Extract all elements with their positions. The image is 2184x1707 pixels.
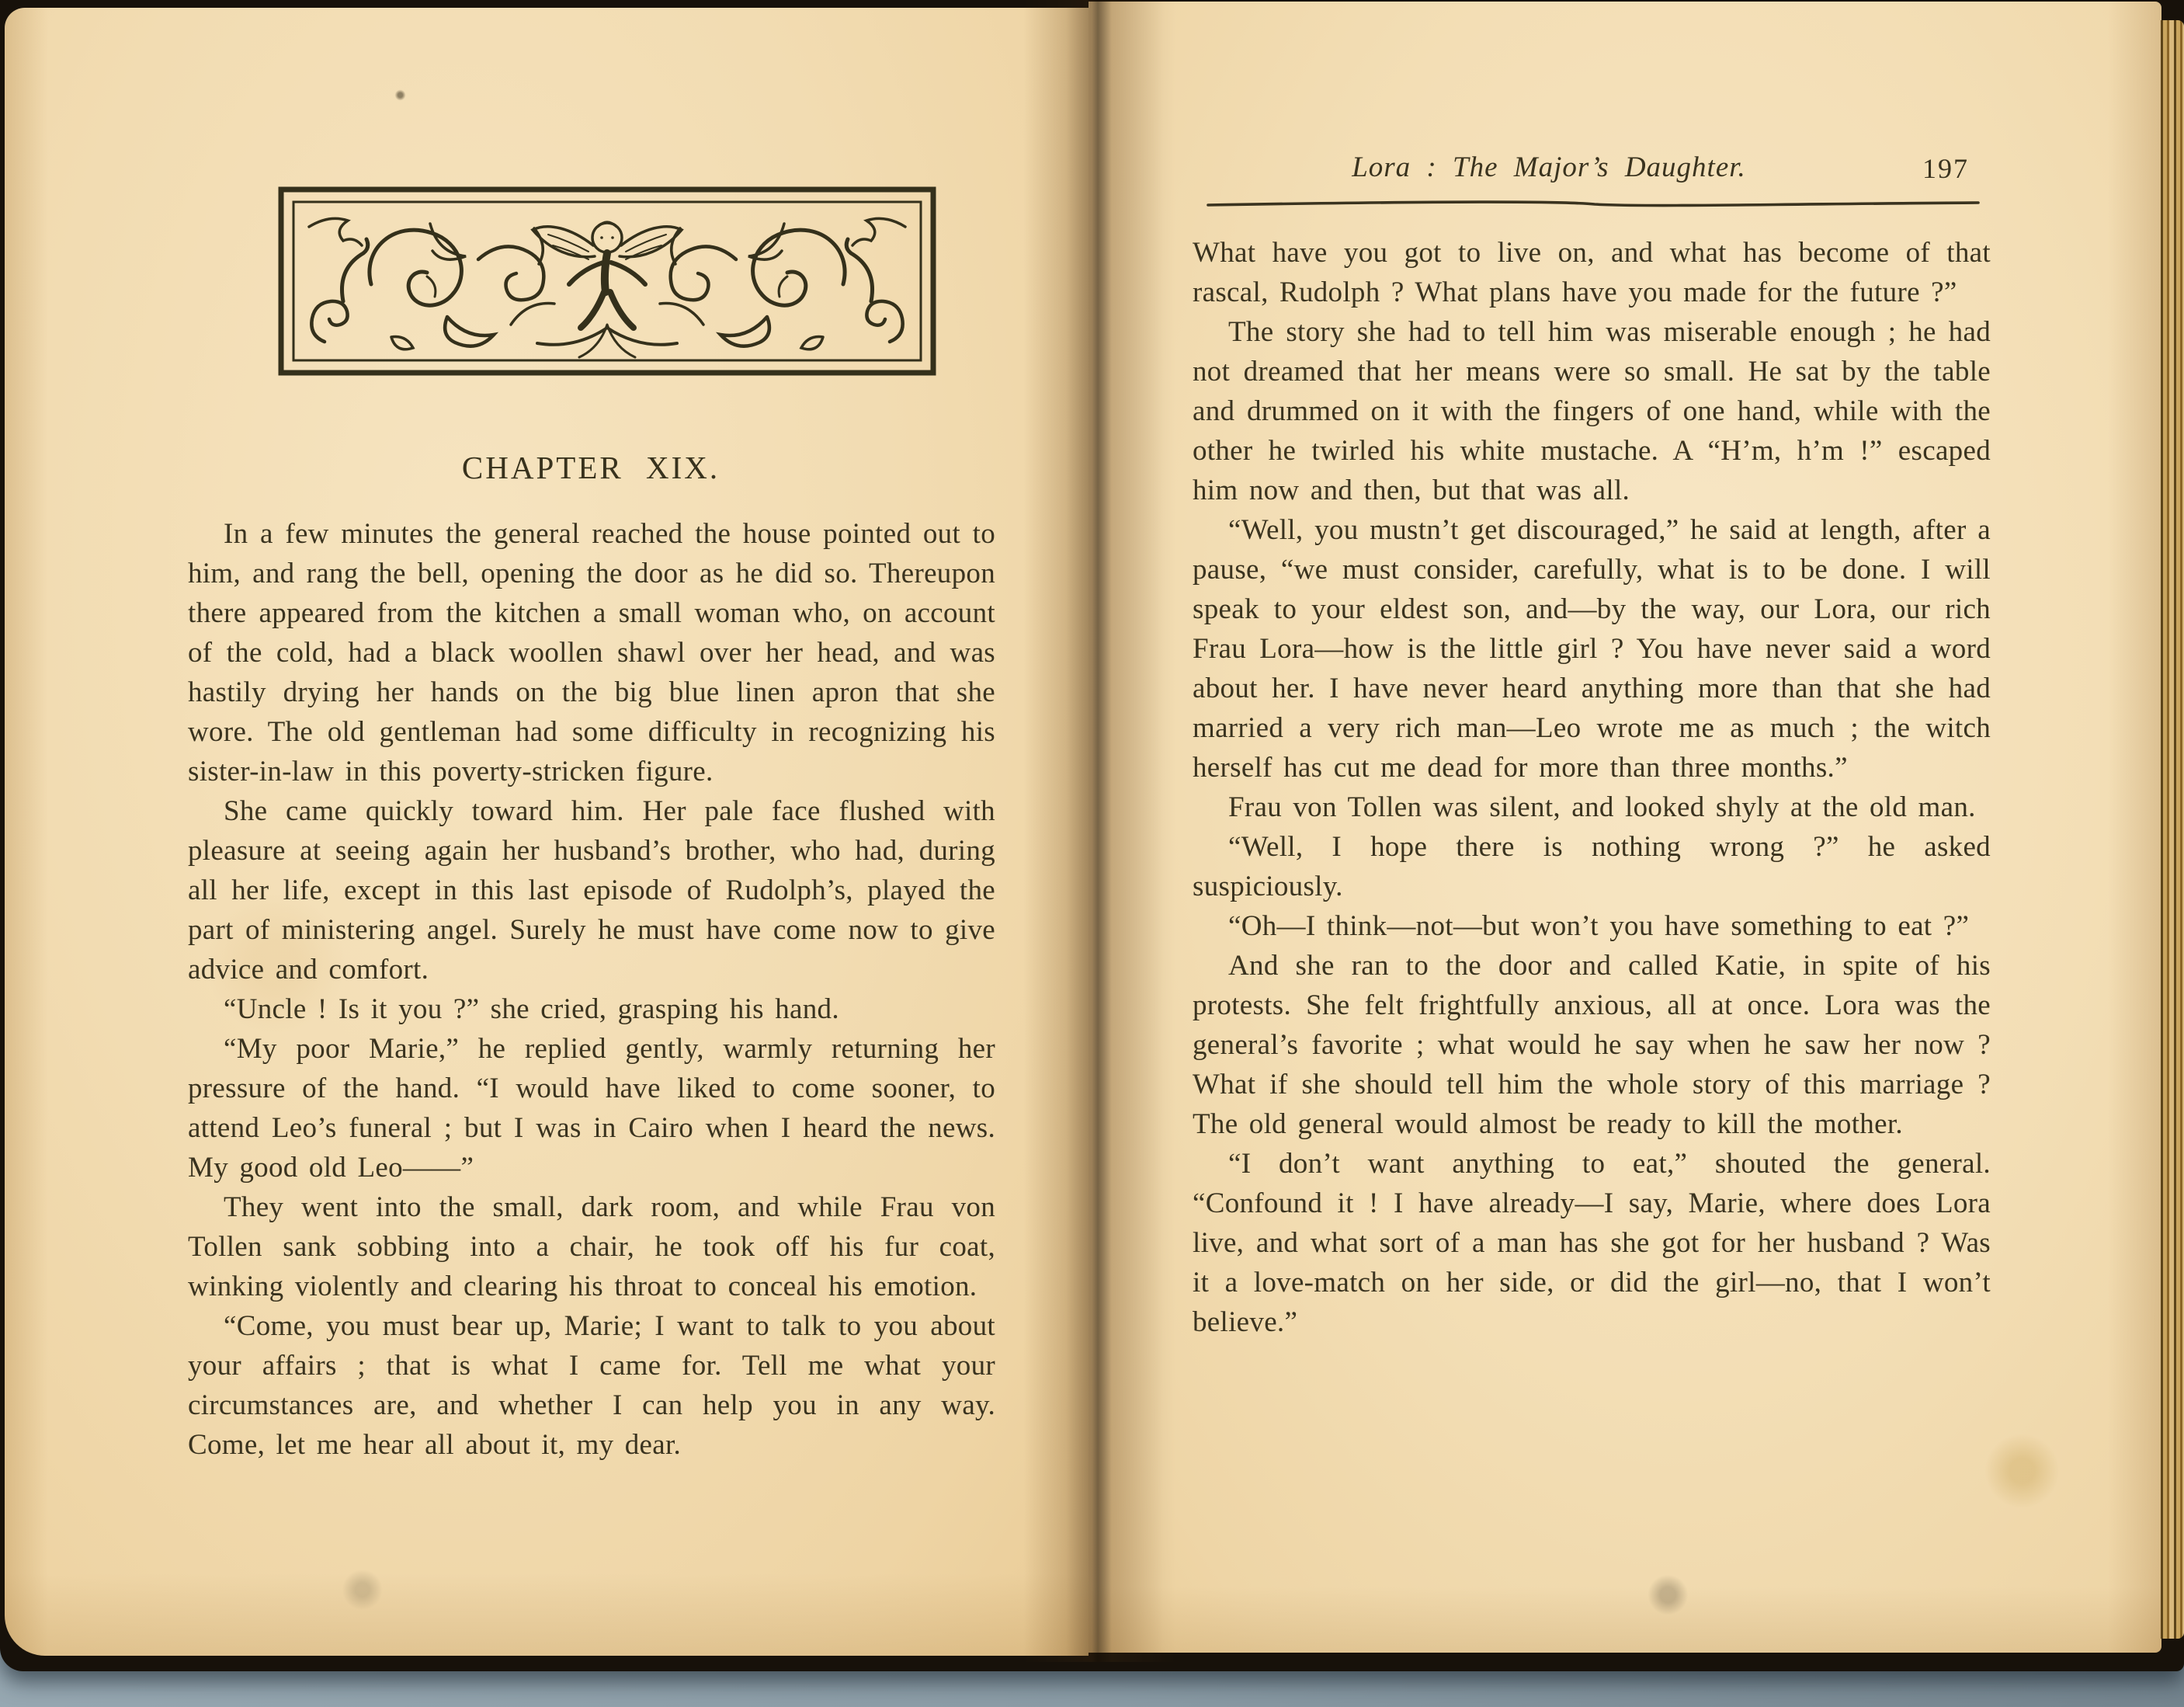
right-page: Lora : The Major’s Daughter. 197 What ha… (1089, 2, 2161, 1653)
paragraph: And she ran to the door and called Katie… (1193, 946, 1991, 1144)
cherub-foliage-engraving-icon (275, 183, 939, 379)
left-text-column: In a few minutes the general reached the… (188, 514, 995, 1465)
chapter-heading: CHAPTER XIX. (188, 449, 994, 486)
paragraph: The story she had to tell him was misera… (1193, 312, 1991, 510)
page-number: 197 (1922, 152, 1969, 185)
header-rule (1207, 197, 1980, 210)
paragraph: “Well, I hope there is nothing wrong ?” … (1193, 827, 1991, 906)
left-page: CHAPTER XIX. In a few minutes the genera… (5, 8, 1089, 1656)
running-head: Lora : The Major’s Daughter. 197 (1193, 151, 1991, 191)
running-title: Lora : The Major’s Daughter. (1193, 151, 1905, 184)
paragraph: “My poor Marie,” he replied gently, warm… (188, 1029, 995, 1187)
paragraph: “I don’t want anything to eat,” shouted … (1193, 1144, 1991, 1342)
paragraph: In a few minutes the general reached the… (188, 514, 995, 791)
paragraph: Frau von Tollen was silent, and looked s… (1193, 787, 1991, 827)
paragraph: “Uncle ! Is it you ?” she cried, graspin… (188, 989, 995, 1029)
headpiece-ornament (275, 183, 939, 379)
paragraph: What have you got to live on, and what h… (1193, 233, 1991, 312)
paragraph: “Oh—I think—not—but won’t you have somet… (1193, 906, 1991, 946)
book-spread: CHAPTER XIX. In a few minutes the genera… (0, 0, 2184, 1671)
paragraph: “Well, you mustn’t get discouraged,” he … (1193, 510, 1991, 787)
book-scan: CHAPTER XIX. In a few minutes the genera… (0, 0, 2184, 1707)
right-text-column: What have you got to live on, and what h… (1193, 233, 1991, 1342)
paragraph: They went into the small, dark room, and… (188, 1187, 995, 1306)
paragraph: “Come, you must bear up, Marie; I want t… (188, 1306, 995, 1465)
paragraph: She came quickly toward him. Her pale fa… (188, 791, 995, 989)
page-edge-stack (2161, 20, 2184, 1639)
